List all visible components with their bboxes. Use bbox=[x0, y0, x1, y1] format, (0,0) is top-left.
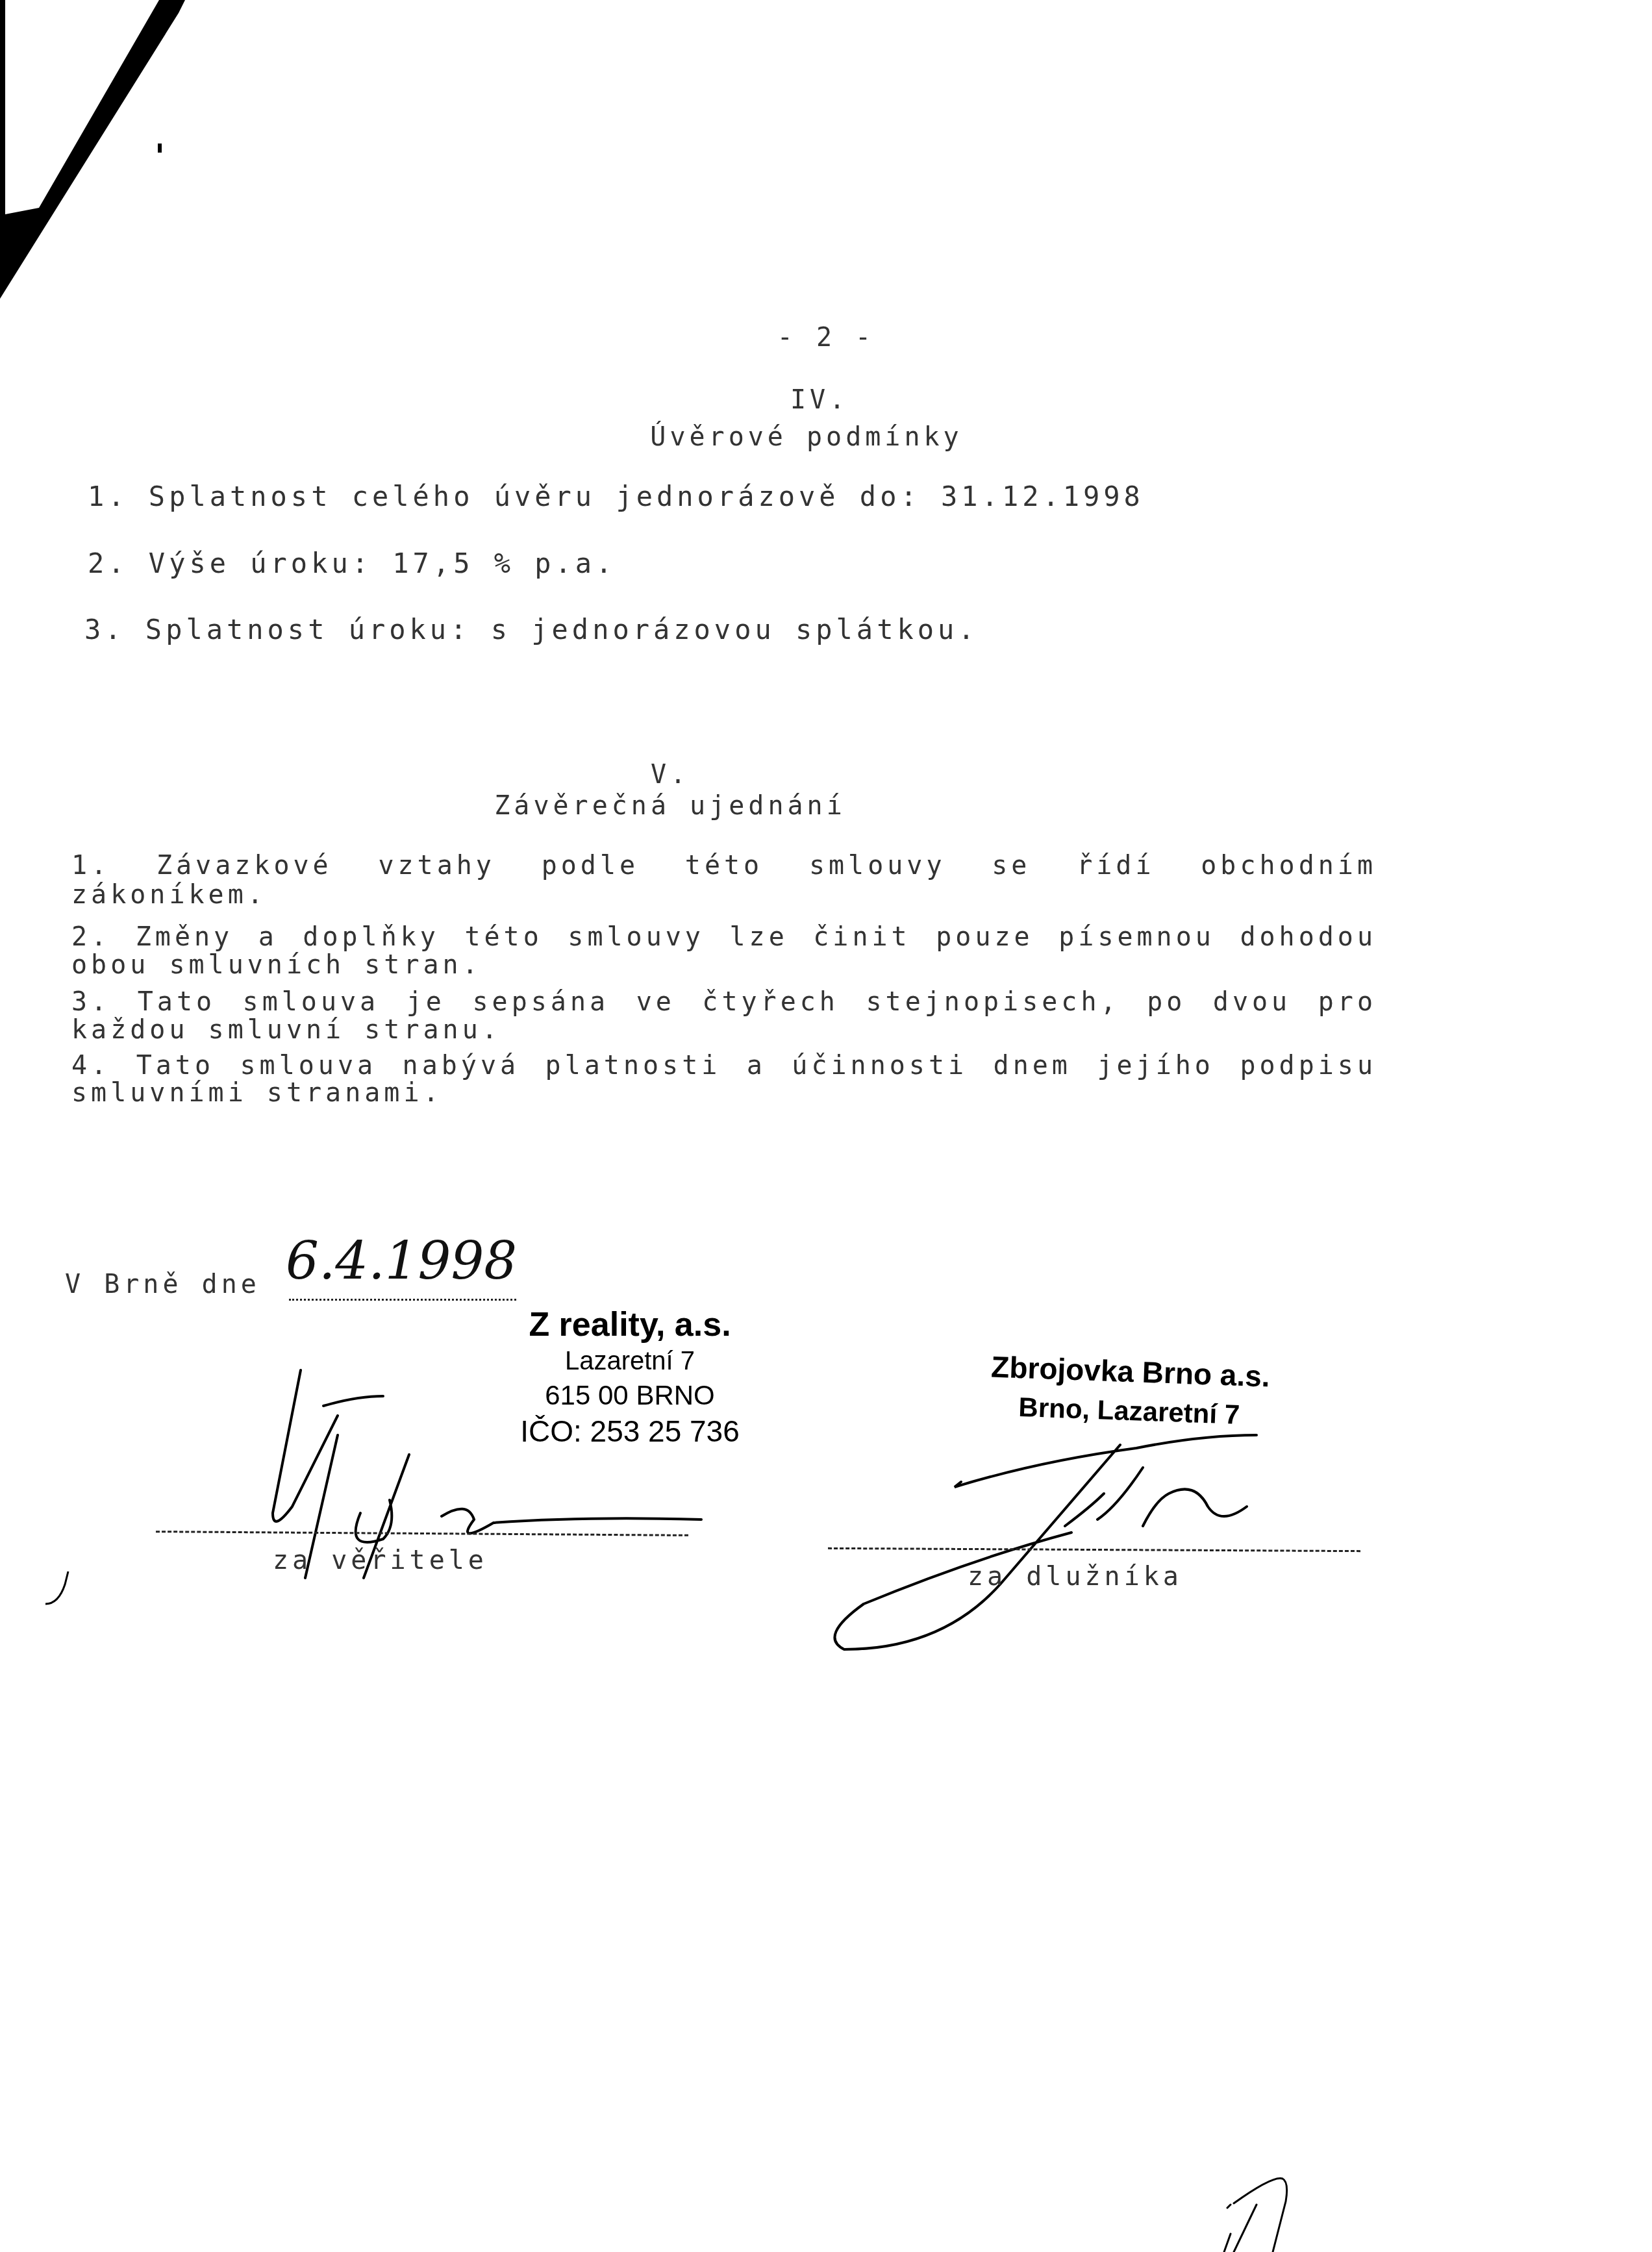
section-iv-numeral: IV. bbox=[0, 385, 1646, 415]
place-date-label: V Brně dne bbox=[65, 1270, 260, 1299]
section-v-numeral: V. bbox=[0, 760, 1496, 790]
section-iv-item-2: 2. Výše úroku: 17,5 % p.a. bbox=[88, 547, 616, 579]
clause-1-line-1: 1. Závazkové vztahy podle této smlouvy s… bbox=[71, 851, 1377, 881]
clause-4-line-2: smluvními stranami. bbox=[71, 1078, 443, 1108]
clause-1-line-2: zákoníkem. bbox=[71, 880, 267, 910]
folded-corner-mark bbox=[0, 0, 185, 299]
section-iv-title: Úvěrové podmínky bbox=[0, 422, 1633, 452]
page-initials bbox=[1224, 2178, 1287, 2252]
creditor-stamp-name: Z reality, a.s. bbox=[494, 1305, 766, 1344]
creditor-stamp-street: Lazaretní 7 bbox=[494, 1347, 766, 1376]
clause-3-line-1: 3. Tato smlouva je sepsána ve čtyřech st… bbox=[71, 987, 1377, 1017]
section-v-title: Závěrečná ujednání bbox=[0, 791, 1496, 821]
debtor-stamp: Zbrojovka Brno a.s. Brno, Lazaretní 7 bbox=[960, 1348, 1300, 1433]
section-iv-item-3: 3. Splatnost úroku: s jednorázovou splát… bbox=[84, 614, 979, 645]
page-number: - 2 - bbox=[0, 323, 1652, 353]
clause-4-line-1: 4. Tato smlouva nabývá platnosti a účinn… bbox=[71, 1051, 1377, 1081]
margin-mark bbox=[45, 1571, 68, 1604]
creditor-stamp: Z reality, a.s. Lazaretní 7 615 00 BRNO … bbox=[494, 1305, 766, 1449]
date-dotted-line bbox=[289, 1299, 516, 1301]
creditor-stamp-ico: IČO: 253 25 736 bbox=[494, 1414, 766, 1449]
clause-3-line-2: každou smluvní stranu. bbox=[71, 1015, 501, 1045]
section-iv-item-1: 1. Splatnost celého úvěru jednorázově do… bbox=[88, 481, 1144, 512]
debtor-signature bbox=[834, 1435, 1257, 1649]
clause-2-line-1: 2. Změny a doplňky této smlouvy lze čini… bbox=[71, 922, 1377, 952]
handwritten-date: 6.4.1998 bbox=[286, 1231, 517, 1291]
debtor-label: za dlužníka bbox=[968, 1562, 1183, 1592]
creditor-label: za věřitele bbox=[273, 1545, 488, 1575]
creditor-stamp-city: 615 00 BRNO bbox=[494, 1380, 766, 1411]
clause-2-line-2: obou smluvních stran. bbox=[71, 950, 482, 980]
